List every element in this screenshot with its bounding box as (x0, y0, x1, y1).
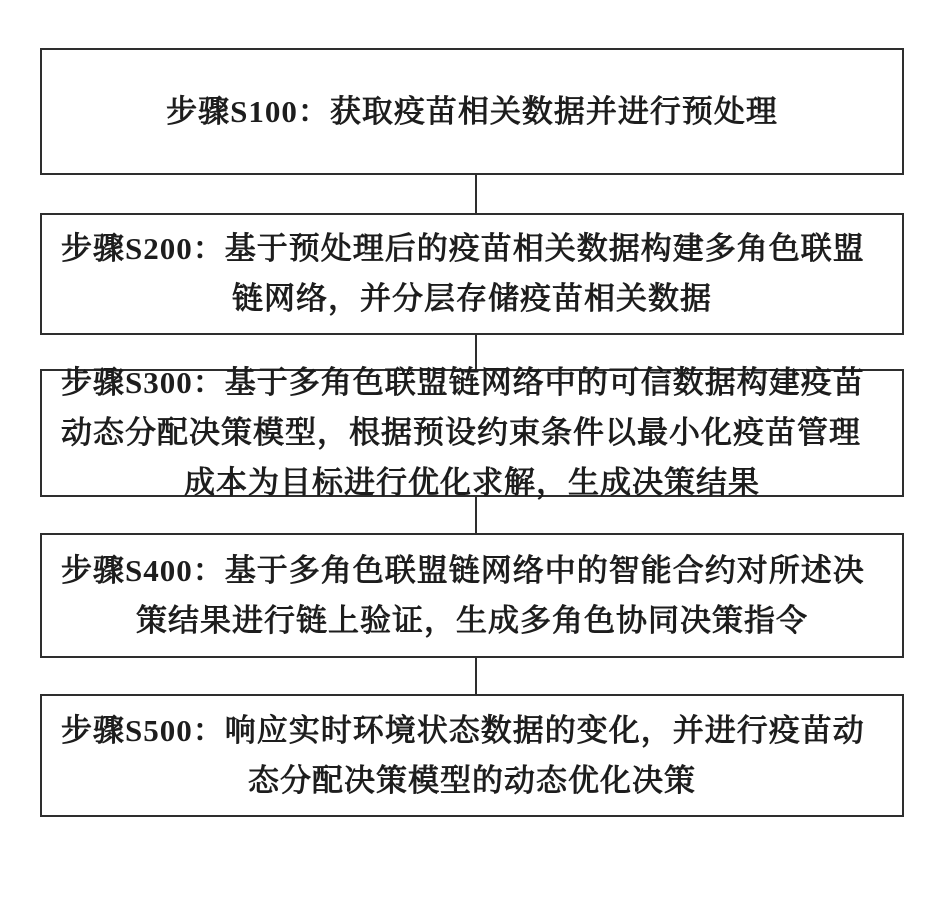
flowchart-canvas: 步骤S100：获取疫苗相关数据并进行预处理 步骤S200：基于预处理后的疫苗相关… (0, 0, 934, 911)
step-s300-line-3: 成本为目标进行优化求解，生成决策结果 (61, 458, 883, 508)
step-s300-line-1: 步骤S300：基于多角色联盟链网络中的可信数据构建疫苗 (61, 358, 883, 408)
step-s500-line-1: 步骤S500：响应实时环境状态数据的变化，并进行疫苗动 (61, 706, 883, 756)
connector-line-s400-s500 (475, 658, 477, 694)
step-s300-line-2: 动态分配决策模型，根据预设约束条件以最小化疫苗管理 (61, 408, 883, 458)
connector-line-s100-s200 (475, 175, 477, 213)
step-box-s200: 步骤S200：基于预处理后的疫苗相关数据构建多角色联盟 链网络，并分层存储疫苗相… (40, 213, 904, 335)
step-s400-line-1: 步骤S400：基于多角色联盟链网络中的智能合约对所述决 (61, 546, 883, 596)
step-box-s500: 步骤S500：响应实时环境状态数据的变化，并进行疫苗动 态分配决策模型的动态优化… (40, 694, 904, 817)
connector-line-s300-s400 (475, 497, 477, 533)
step-box-s400: 步骤S400：基于多角色联盟链网络中的智能合约对所述决 策结果进行链上验证，生成… (40, 533, 904, 658)
step-s200-line-2: 链网络，并分层存储疫苗相关数据 (61, 274, 883, 324)
step-s200-line-1: 步骤S200：基于预处理后的疫苗相关数据构建多角色联盟 (61, 224, 883, 274)
step-s400-line-2: 策结果进行链上验证，生成多角色协同决策指令 (61, 596, 883, 646)
step-s100-line-1: 步骤S100：获取疫苗相关数据并进行预处理 (61, 87, 883, 137)
step-box-s300: 步骤S300：基于多角色联盟链网络中的可信数据构建疫苗 动态分配决策模型，根据预… (40, 369, 904, 497)
step-box-s100: 步骤S100：获取疫苗相关数据并进行预处理 (40, 48, 904, 175)
step-s500-line-2: 态分配决策模型的动态优化决策 (61, 756, 883, 806)
